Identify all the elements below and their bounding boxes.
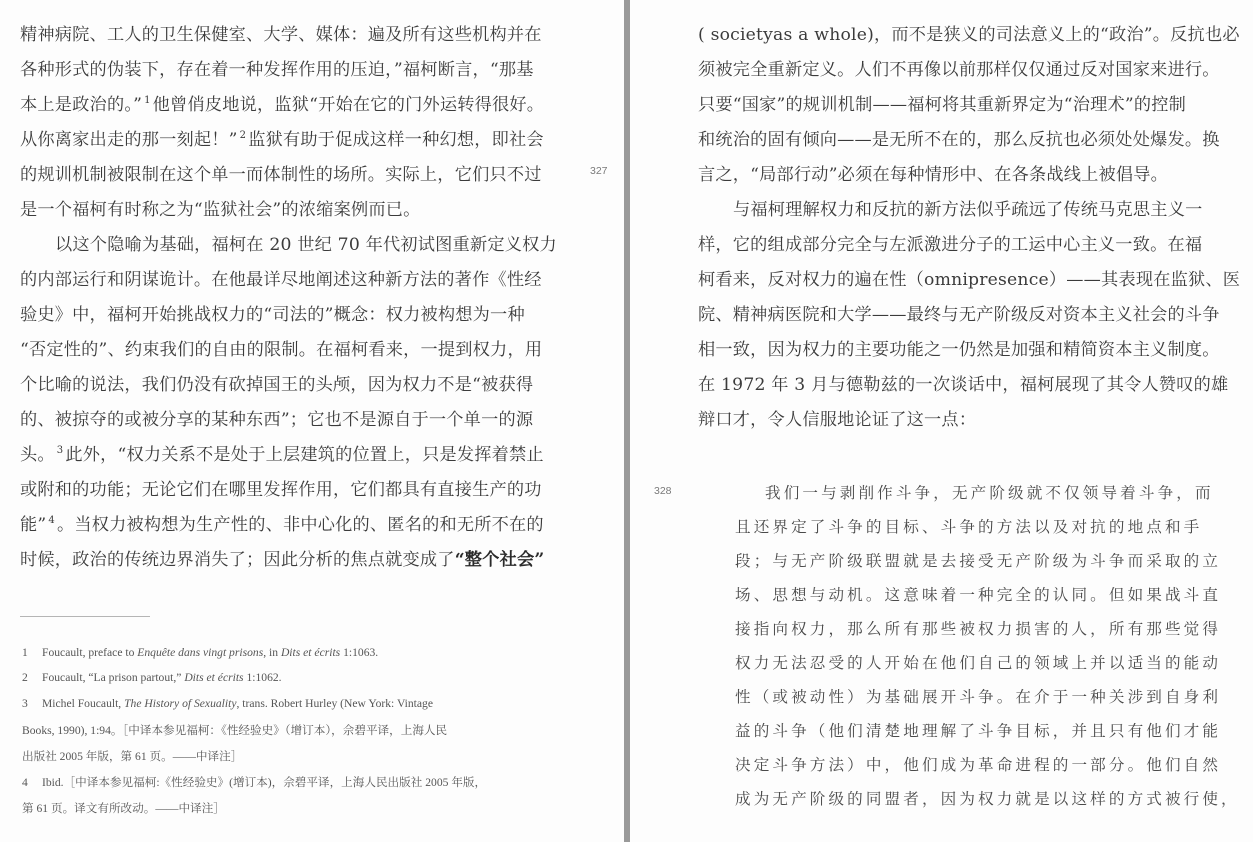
body-line: 从你离家出走的那一刻起！”2监狱有助于促成这样一种幻想，即社会: [20, 125, 544, 150]
block-quote-line: 接指向权力，那么所有那些被权力损害的人，所有那些觉得: [735, 617, 1221, 639]
body-line: 头。3此外，“权力关系不是处于上层建筑的位置上，只是发挥着禁止: [20, 440, 544, 465]
block-quote-line: 决定斗争方法）中，他们成为革命进程的一部分。他们自然: [735, 753, 1221, 775]
footnote-ref-4[interactable]: 4: [48, 515, 55, 526]
body-line: 院、精神病医院和大学——最终与无产阶级反对资本主义社会的斗争: [698, 300, 1220, 325]
text-run: 从你离家出走的那一刻起！”: [20, 130, 238, 150]
block-quote-line: 我们一与剥削作斗争，无产阶级就不仅领导着斗争，而: [765, 481, 1214, 503]
body-line: 言之，“局部行动”必须在每种情形中、在各条战线上被倡导。: [698, 160, 1168, 185]
footnote-text: 1:1062.: [244, 671, 282, 684]
block-quote-line: 成为无产阶级的同盟者，因为权力就是以这样的方式被行使，: [735, 787, 1240, 809]
footnote-number: 1: [22, 646, 42, 659]
footnote-text: Foucault, “La prison partout,”: [42, 671, 184, 684]
body-line: 是一个福柯有时称之为“监狱社会”的浓缩案例而已。: [20, 195, 421, 220]
margin-page-number: 328: [654, 485, 672, 497]
block-quote-line: 性（或被动性）为基础展开斗争。在介于一种关涉到自身利: [735, 685, 1221, 707]
text-run: 他曾俏皮地说，监狱“开始在它的门外运转得很好。: [153, 95, 545, 115]
emphasized-term: “整个社会”: [455, 550, 545, 570]
footnote-title: The History of Sexuality: [124, 697, 236, 710]
left-page: 精神病院、工人的卫生保健室、大学、媒体：遍及所有这些机构并在 各种形式的伪装下，…: [0, 0, 624, 842]
body-line: 相一致，因为权力的主要功能之一仍然是加强和精简资本主义制度。: [698, 335, 1220, 360]
footnote-3-cont: 出版社 2005 年版，第 61 页。——中译注］: [22, 748, 242, 764]
footnote-1: 1Foucault, preface to Enquête dans vingt…: [22, 646, 378, 659]
body-line: 须被完全重新定义。人们不再像以前那样仅仅通过反对国家来进行。: [698, 55, 1220, 80]
body-line: 的、被掠夺的或被分享的某种东西”；它也不是源自于一个单一的源: [20, 405, 533, 430]
block-quote-line: 段；与无产阶级联盟就是去接受无产阶级为斗争而采取的立: [735, 549, 1221, 571]
block-quote-line: 场、思想与动机。这意味着一种完全的认同。但如果战斗直: [735, 583, 1221, 605]
footnote-2: 2Foucault, “La prison partout,” Dits et …: [22, 671, 282, 684]
body-line: “否定性的”、约束我们的自由的限制。在福柯看来，一提到权力，用: [20, 335, 542, 360]
footnote-4-cont: 第 61 页。译文有所改动。——中译注］: [22, 800, 225, 816]
footnote-divider: [20, 616, 150, 617]
text-run: 此外，“权力关系不是处于上层建筑的位置上，只是发挥着禁止: [65, 445, 543, 465]
text-run: 时候，政治的传统边界消失了；因此分析的焦点就变成了: [20, 550, 455, 570]
body-line: 精神病院、工人的卫生保健室、大学、媒体：遍及所有这些机构并在: [20, 20, 542, 45]
body-line: 时候，政治的传统边界消失了；因此分析的焦点就变成了“整个社会”: [20, 545, 544, 570]
footnote-ref-2[interactable]: 2: [240, 130, 247, 141]
text-run: 。当权力被构想为生产性的、非中心化的、匿名的和无所不在的: [57, 515, 544, 535]
footnote-text: Michel Foucault,: [42, 697, 124, 710]
margin-page-number: 327: [590, 165, 608, 177]
footnote-text: , trans. Robert Hurley (New York: Vintag…: [237, 697, 433, 710]
body-line: ( societyas a whole)，而不是狭义的司法意义上的“政治”。反抗…: [698, 20, 1240, 45]
body-line: 样，它的组成部分完全与左派激进分子的工运中心主义一致。在福: [698, 230, 1202, 255]
body-line: 各种形式的伪装下，存在着一种发挥作用的压迫，”福柯断言，“那基: [20, 55, 534, 80]
text-run: 头。: [20, 445, 55, 465]
footnote-text: Foucault, preface to: [42, 646, 137, 659]
block-quote-line: 益的斗争（他们清楚地理解了斗争目标，并且只有他们才能: [735, 719, 1221, 741]
body-line: 以这个隐喻为基础，福柯在 20 世纪 70 年代初试图重新定义权力: [55, 230, 557, 255]
footnote-3: 3Michel Foucault, The History of Sexuali…: [22, 697, 433, 710]
body-line: 本上是政治的。”1他曾俏皮地说，监狱“开始在它的门外运转得很好。: [20, 90, 544, 115]
footnote-number: 4: [22, 776, 42, 789]
footnote-ref-3[interactable]: 3: [57, 445, 64, 456]
text-run: 能”: [20, 515, 46, 535]
footnote-number: 2: [22, 671, 42, 684]
footnote-text: 1:1063.: [340, 646, 378, 659]
footnote-ref-1[interactable]: 1: [144, 95, 151, 106]
body-line: 或附和的功能；无论它们在哪里发挥作用，它们都具有直接生产的功: [20, 475, 542, 500]
body-line: 的内部运行和阴谋诡计。在他最详尽地阐述这种新方法的著作《性经: [20, 265, 542, 290]
body-line: 能”4。当权力被构想为生产性的、非中心化的、匿名的和无所不在的: [20, 510, 544, 535]
footnote-title: Enquête dans vingt prisons: [137, 646, 263, 659]
body-line: 和统治的固有倾向——是无所不在的，那么反抗也必须处处爆发。换: [698, 125, 1220, 150]
right-page: ( societyas a whole)，而不是狭义的司法意义上的“政治”。反抗…: [630, 0, 1253, 842]
block-quote-line: 权力无法忍受的人开始在他们自己的领域上并以适当的能动: [735, 651, 1221, 673]
body-line: 在 1972 年 3 月与德勒兹的一次谈话中，福柯展现了其令人赞叹的雄: [698, 370, 1228, 395]
body-line: 个比喻的说法，我们仍没有砍掉国王的头颅，因为权力不是“被获得: [20, 370, 533, 395]
footnote-title: Dits et écrits: [184, 671, 243, 684]
body-line: 柯看来，反对权力的遍在性（omnipresence）——其表现在监狱、医: [698, 265, 1240, 290]
footnote-text: Ibid.［中译本参见福柯:《性经验史》(增订本)，佘碧平译，上海人民出版社 2…: [42, 776, 486, 789]
footnote-title: Dits et écrits: [281, 646, 340, 659]
body-line: 与福柯理解权力和反抗的新方法似乎疏远了传统马克思主义一: [733, 195, 1202, 220]
text-run: 本上是政治的。”: [20, 95, 142, 115]
body-line: 的规训机制被限制在这个单一而体制性的场所。实际上，它们只不过: [20, 160, 542, 185]
footnote-3-cont: Books, 1990), 1:94。［中译本参见福柯：《性经验史》（增订本），…: [22, 722, 447, 738]
body-line: 只要“国家”的规训机制——福柯将其重新界定为“治理术”的控制: [698, 90, 1186, 115]
footnote-text: , in: [263, 646, 281, 659]
footnote-number: 3: [22, 697, 42, 710]
body-line: 辩口才，令人信服地论证了这一点：: [698, 405, 976, 430]
footnote-4: 4Ibid.［中译本参见福柯:《性经验史》(增订本)，佘碧平译，上海人民出版社 …: [22, 774, 486, 790]
block-quote-line: 且还界定了斗争的目标、斗争的方法以及对抗的地点和手: [735, 515, 1202, 537]
text-run: 监狱有助于促成这样一种幻想，即社会: [248, 130, 544, 150]
body-line: 验史》中，福柯开始挑战权力的“司法的”概念：权力被构想为一种: [20, 300, 525, 325]
